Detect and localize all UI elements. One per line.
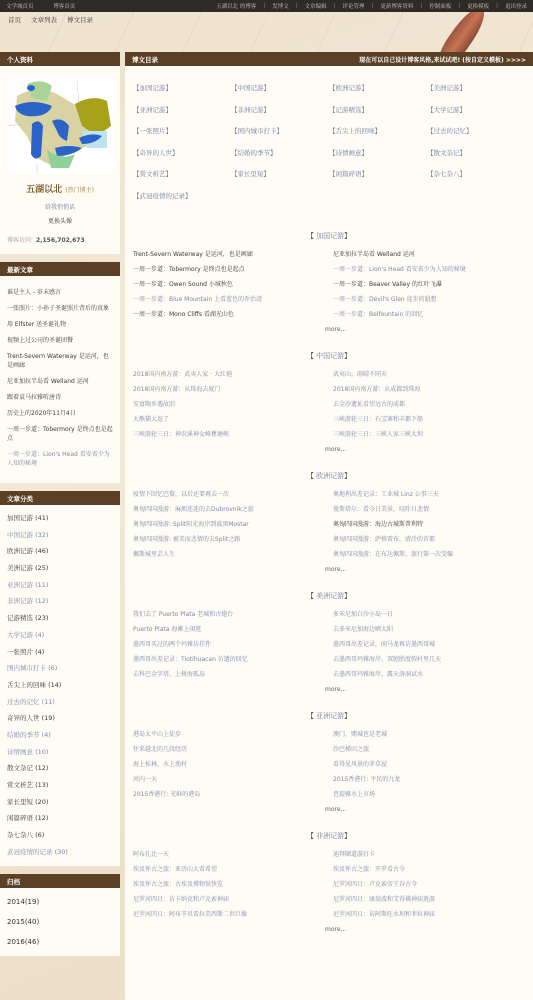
- recent-article-link[interactable]: 一周一步道：Lion's Head 看安省少为人知的秘境: [7, 450, 113, 468]
- article-link[interactable]: Puerto Plata 海滩上闲逛: [133, 622, 325, 637]
- recent-article-link[interactable]: 尼亚加拉半岛看 Welland 运河: [7, 377, 113, 386]
- more-link[interactable]: more...: [133, 322, 525, 337]
- bracket: 【: [307, 472, 316, 480]
- separator: |: [296, 3, 298, 9]
- bracket: 】: [344, 712, 351, 720]
- section-title-link[interactable]: 亚洲记游: [316, 712, 344, 720]
- article-link[interactable]: 港岛太平山上徒步: [133, 727, 325, 742]
- archive-panel: 归档 2014(19)2015(40)2016(46): [0, 874, 120, 956]
- article-link[interactable]: 尼罗河四日：访阿斯旺水坝和菲拉神庙: [333, 907, 525, 922]
- category-anchor-link[interactable]: 【国内城市打卡】: [231, 121, 329, 143]
- article-link[interactable]: 河内一天: [133, 772, 325, 787]
- article-directory-panel: 博文目录 现在可以自己设计博客风格,来试试吧! (按自定义模板) >>>> 【加…: [125, 52, 533, 1000]
- article-link[interactable]: 往来越北的几段经历: [133, 742, 325, 757]
- category-anchor-link[interactable]: 【亚洲记游】: [133, 100, 231, 122]
- category-link[interactable]: 大学记游 (4): [7, 627, 113, 644]
- sidebar: 个人资料: [0, 52, 120, 1000]
- category-link[interactable]: 家长里短 (20): [7, 794, 113, 811]
- section-title: 【 欧洲记游】: [133, 469, 525, 484]
- article-link[interactable]: 2018国内南方游：从成都到珠海: [333, 382, 525, 397]
- category-link-grid: 【加国记游】【中国记游】【欧洲记游】【美洲记游】【亚洲记游】【非洲记游】【记游精…: [125, 66, 533, 217]
- bracket: 【: [307, 232, 316, 240]
- category-anchor-link[interactable]: 【美洲记游】: [427, 78, 525, 100]
- article-link[interactable]: 一周一步道：Devil's Glen 徒步的遐想: [333, 292, 525, 307]
- bracket: 】: [344, 592, 351, 600]
- category-link[interactable]: 闲篇碎语 (12): [7, 810, 113, 827]
- bracket: 【: [307, 352, 316, 360]
- article-link[interactable]: 一周一步道：Blue Mountain 上看蓝色的乔治湾: [133, 292, 325, 307]
- category-link[interactable]: 国内城市打卡 (6): [7, 660, 113, 677]
- category-link[interactable]: 结婚的季节 (4): [7, 727, 113, 744]
- bracket: 【: [307, 712, 316, 720]
- category-section: 【 加国记游】Trent-Severn Waterway 是运河，也是画廊尼亚加…: [125, 229, 533, 337]
- category-link[interactable]: 亚洲记游 (11): [7, 577, 113, 594]
- article-link[interactable]: 奥匈四国漫游: 被美而悲情的去Split之路: [133, 532, 325, 547]
- category-link[interactable]: 赏文析艺 (13): [7, 777, 113, 794]
- section-title-link[interactable]: 欧洲记游: [316, 472, 344, 480]
- article-link[interactable]: 一周一步道：Owen Sound 小城秋色: [133, 277, 325, 292]
- article-link[interactable]: 海上桂林，水上渔村: [133, 757, 325, 772]
- separator: |: [263, 3, 265, 9]
- recent-article-link[interactable]: Trent-Severn Waterway 是运河，也是画廊: [7, 352, 113, 370]
- article-link[interactable]: 三峡游轮三日：石宝寨和丰都下船: [333, 412, 525, 427]
- blogger-name-text: 五湖以北: [26, 185, 62, 195]
- section-title: 【 美洲记游】: [133, 589, 525, 604]
- article-link[interactable]: 奥匈四国漫游：麻烦连连的去Dubrovnik之旅: [133, 502, 325, 517]
- article-link[interactable]: 去金沙遗址看望远古的成都: [333, 397, 525, 412]
- article-link[interactable]: 我们去了 Puerto Plata 老城和古炮台: [133, 607, 325, 622]
- article-link[interactable]: 奥匈四国漫游：萨格雷布，清冷的首都: [333, 532, 525, 547]
- top-navigation-bar: 文学城首页 博客首页 五湖以北 的博客| 发博文| 文章编辑| 评论管理| 更新…: [0, 0, 533, 12]
- profile-panel-header: 个人资料: [0, 52, 120, 66]
- recent-articles-list: 谁是主人 - 岁末感言一张照片：小孙子圣诞照片背后的真象用 Elfster 送圣…: [0, 276, 120, 483]
- blogger-name: 五湖以北 (热门博主): [7, 182, 113, 195]
- article-link[interactable]: 安富陶乡遇故旧: [133, 397, 325, 412]
- top-nav-right: 五湖以北 的博客| 发博文| 文章编辑| 评论管理| 更新博客资料| 控制面板|…: [216, 2, 527, 10]
- recent-article-link[interactable]: 一张照片：小孙子圣诞照片背后的真象: [7, 304, 113, 313]
- profile-panel-title: 个人资料: [7, 55, 33, 64]
- archive-year-link[interactable]: 2014(19): [7, 892, 113, 912]
- update-profile-link[interactable]: 更新博客资料: [380, 2, 413, 10]
- archive-year-link[interactable]: 2016(46): [7, 932, 113, 952]
- my-blog-link[interactable]: 五湖以北 的博客: [216, 2, 256, 10]
- recent-article-link[interactable]: 视频上过公司的圣诞团餐: [7, 336, 113, 345]
- map-graphic: [7, 76, 113, 174]
- recent-article-link[interactable]: 历史上的2020年11月4日: [7, 409, 113, 418]
- article-link[interactable]: 一周一步道：Beaver Valley 的红叶飞瀑: [333, 277, 525, 292]
- more-link[interactable]: more...: [133, 682, 525, 697]
- wenxuecity-home-link[interactable]: 文学城首页: [6, 4, 34, 10]
- category-anchor-link[interactable]: 【加国记游】: [133, 78, 231, 100]
- article-link[interactable]: 多米尼加白沙小岛一日: [333, 607, 525, 622]
- category-link[interactable]: 加国记游 (41): [7, 510, 113, 527]
- control-panel-link[interactable]: 控制面板: [429, 2, 451, 10]
- section-title: 【 中国记游】: [133, 349, 525, 364]
- archive-list: 2014(19)2015(40)2016(46): [0, 888, 120, 956]
- article-link[interactable]: 一周一步道：Belfountain 的回忆: [333, 307, 525, 322]
- category-link[interactable]: 美洲记游 (25): [7, 560, 113, 577]
- separator: |: [334, 3, 336, 9]
- custom-template-promo-link[interactable]: 现在可以自己设计博客风格,来试试吧! (按自定义模板) >>>>: [359, 55, 526, 64]
- category-sections: 【 加国记游】Trent-Severn Waterway 是运河，也是画廊尼亚加…: [125, 229, 533, 937]
- more-link[interactable]: more...: [133, 562, 525, 577]
- separator: |: [420, 3, 422, 9]
- category-anchor-link[interactable]: 【一张照片】: [133, 121, 231, 143]
- section-title-link[interactable]: 非洲记游: [316, 832, 344, 840]
- category-link[interactable]: 杂七杂八 (6): [7, 827, 113, 844]
- article-link[interactable]: 去科巴金字塔，上树海孤岛: [133, 667, 325, 682]
- subnav-article-directory[interactable]: 博文目录: [67, 15, 93, 24]
- category-anchor-link[interactable]: 【结婚的季节】: [231, 143, 329, 165]
- category-anchor-link[interactable]: 【中国记游】: [231, 78, 329, 100]
- category-link[interactable]: 奇异的人世 (19): [7, 710, 113, 727]
- category-link[interactable]: 中国记游 (32): [7, 527, 113, 544]
- recent-articles-header: 最新文章: [0, 262, 120, 276]
- top-nav-left: 文学城首页 博客首页: [6, 2, 93, 10]
- section-title: 【 亚洲记游】: [133, 709, 525, 724]
- category-link[interactable]: 舌尖上的回味 (14): [7, 677, 113, 694]
- article-link[interactable]: 埃及怀古之旅：开罗看古今: [333, 862, 525, 877]
- article-link[interactable]: 芭提雅水上市场: [333, 787, 525, 802]
- logout-link[interactable]: 退出登录: [505, 2, 527, 10]
- archive-header: 归档: [0, 874, 120, 888]
- recent-article-link[interactable]: 用 Elfster 送圣诞礼物: [7, 320, 113, 329]
- article-link[interactable]: 去墨西哥玛雅海岸，双胞胎度假村里几天: [333, 652, 525, 667]
- article-link[interactable]: 武夷山，雨晴不同天: [333, 367, 525, 382]
- section-title-link[interactable]: 中国记游: [316, 352, 344, 360]
- separator: |: [458, 3, 460, 9]
- section-article-columns: 疫情下回忆巴黎，以后还要再去一次奥地利出差记录：工业城 Linz 公事三天奥匈四…: [133, 487, 525, 562]
- page-body: 个人资料: [0, 52, 533, 1000]
- visits-count: 2,156,702,673: [36, 237, 85, 244]
- article-link[interactable]: 沙巴梯田之旅: [333, 742, 525, 757]
- recent-article-link[interactable]: 谁是主人 - 岁末感言: [7, 288, 113, 297]
- bracket: 】: [344, 352, 351, 360]
- article-link[interactable]: 看得见风景的茅草屋: [333, 757, 525, 772]
- section-article-columns: 阿布扎比一天迪拜顺道游打卡埃及怀古之旅：亚历山大看希望埃及怀古之旅：开罗看古今埃…: [133, 847, 525, 922]
- section-article-columns: Trent-Severn Waterway 是运河，也是画廊尼亚加拉半岛看 We…: [133, 247, 525, 322]
- category-anchor-link[interactable]: 【过去的记忆】: [427, 121, 525, 143]
- blog-visits: 博客访问:2,156,702,673: [7, 235, 113, 244]
- article-link[interactable]: 迪拜顺道游打卡: [333, 847, 525, 862]
- article-link[interactable]: 一周一步道：Tobermory 是终点也是起点: [133, 262, 325, 277]
- private-message-link[interactable]: 给我悄悄话: [7, 202, 113, 211]
- article-link[interactable]: 疫情下回忆巴黎，以后还要再去一次: [133, 487, 325, 502]
- category-anchor-link[interactable]: 【欧洲记游】: [329, 78, 427, 100]
- category-section: 【 中国记游】2018国内南方游：武夷人家 · 大红袍武夷山，雨晴不同天2018…: [125, 349, 533, 457]
- change-template-link[interactable]: 更换模板: [467, 2, 489, 10]
- category-anchor-link[interactable]: 【记游精选】: [329, 100, 427, 122]
- article-link[interactable]: 2018国内南方游：武夷人家 · 大红袍: [133, 367, 325, 382]
- profile-panel: 个人资料: [0, 52, 120, 254]
- category-section: 【 欧洲记游】疫情下回忆巴黎，以后还要再去一次奥地利出差记录：工业城 Linz …: [125, 469, 533, 577]
- profile-body: 五湖以北 (热门博主) 给我悄悄话 更换头像 博客访问:2,156,702,67…: [0, 66, 120, 254]
- category-anchor-link[interactable]: 【杂七杂八】: [427, 164, 525, 186]
- edit-articles-link[interactable]: 文章编辑: [305, 2, 327, 10]
- article-link[interactable]: 墨西哥买过的两个玛雅仿挂件: [133, 637, 325, 652]
- article-link[interactable]: 奥匈四国漫游：海边古城斯普利特: [333, 517, 525, 532]
- article-link[interactable]: 去多米尼加海边晒太阳: [333, 622, 525, 637]
- more-link[interactable]: more...: [133, 922, 525, 937]
- article-link[interactable]: 2015香港行: 光鲜的港岛: [133, 787, 325, 802]
- article-link[interactable]: Trent-Severn Waterway 是运河，也是画廊: [133, 247, 325, 262]
- category-anchor-link[interactable]: 【散文杂记】: [427, 143, 525, 165]
- more-link[interactable]: more...: [133, 802, 525, 817]
- avatar-great-lakes-map[interactable]: [7, 76, 113, 174]
- section-title: 【 非洲记游】: [133, 829, 525, 844]
- article-link[interactable]: 三峡游轮三日：神农溪神女峰瞿塘峡: [133, 427, 325, 442]
- article-link[interactable]: 去墨西哥玛雅海岸，露天洛洞试水: [333, 667, 525, 682]
- article-directory-title: 博文目录: [132, 55, 158, 64]
- category-anchor-link[interactable]: 【舌尖上的回味】: [329, 121, 427, 143]
- hot-blogger-badge: (热门博主): [65, 187, 94, 194]
- recent-articles-panel: 最新文章 谁是主人 - 岁末感言一张照片：小孙子圣诞照片背后的真象用 Elfst…: [0, 262, 120, 483]
- article-link[interactable]: 墨西哥出差记录：Tiotihuacan 访遗的回忆: [133, 652, 325, 667]
- section-title-link[interactable]: 美洲记游: [316, 592, 344, 600]
- category-link[interactable]: 过去的记忆 (11): [7, 694, 113, 711]
- bracket: 【: [307, 592, 316, 600]
- archive-year-link[interactable]: 2015(40): [7, 912, 113, 932]
- bracket: 】: [344, 832, 351, 840]
- section-article-columns: 2018国内南方游：武夷人家 · 大红袍武夷山，雨晴不同天2018国内南方游：从…: [133, 367, 525, 442]
- categories-title: 文章分类: [7, 494, 33, 503]
- section-article-columns: 港岛太平山上徒步澳门，赌城也是老城往来越北的几段经历沙巴梯田之旅海上桂林，水上渔…: [133, 727, 525, 802]
- separator: |: [496, 3, 498, 9]
- blog-subnav: 首页 文章列表 博文目录: [8, 15, 93, 24]
- separator: |: [372, 3, 374, 9]
- category-link[interactable]: 非洲记游 (12): [7, 593, 113, 610]
- article-link[interactable]: 尼罗河四日：阿布辛贝看拉美西斯二世巨像: [133, 907, 325, 922]
- category-anchor-link[interactable]: 【武冠疫情的记录】: [133, 186, 231, 208]
- article-link[interactable]: 埃及怀古之旅：古埃及博物馆快览: [133, 877, 325, 892]
- category-link[interactable]: 记游精选 (23): [7, 610, 113, 627]
- category-link[interactable]: 散文杂记 (12): [7, 760, 113, 777]
- category-link[interactable]: 诗情画意 (10): [7, 744, 113, 761]
- article-link[interactable]: 尼罗河四日：卢克索帝王谷古今: [333, 877, 525, 892]
- article-link[interactable]: 尼亚加拉半岛看 Welland 运河: [333, 247, 525, 262]
- subnav-home[interactable]: 首页: [8, 15, 21, 24]
- article-link[interactable]: 一周一步道：Lion's Head 看安省少为人知的秘境: [333, 262, 525, 277]
- categories-header: 文章分类: [0, 491, 120, 505]
- article-link[interactable]: 一周一步道：Mono Cliffs 看湖光山色: [133, 307, 325, 322]
- section-title-link[interactable]: 加国记游: [316, 232, 344, 240]
- recent-article-link[interactable]: 跟着袁马拉雅听唐诗: [7, 393, 113, 402]
- section-title: 【 加国记游】: [133, 229, 525, 244]
- article-link[interactable]: 大熊猫太逗了: [133, 412, 325, 427]
- section-article-columns: 我们去了 Puerto Plata 老城和古炮台多米尼加白沙小岛一日Puerto…: [133, 607, 525, 682]
- archive-title: 归档: [7, 877, 20, 886]
- category-anchor-link[interactable]: 【奇异的人世】: [133, 143, 231, 165]
- categories-panel: 文章分类 加国记游 (41)中国记游 (32)欧洲记游 (46)美洲记游 (25…: [0, 491, 120, 866]
- article-link[interactable]: 曼斯塔尔：看今日美景，叹昨日悲情: [333, 502, 525, 517]
- article-link[interactable]: 2018国内南方游：从珠海去厦门: [133, 382, 325, 397]
- category-link[interactable]: 欧洲记游 (46): [7, 543, 113, 560]
- category-anchor-link[interactable]: 【赏文析艺】: [133, 164, 231, 186]
- category-anchor-link[interactable]: 【诗情画意】: [329, 143, 427, 165]
- category-anchor-link[interactable]: 【闲篇碎语】: [329, 164, 427, 186]
- article-link[interactable]: 奥地利出差记录：工业城 Linz 公事三天: [333, 487, 525, 502]
- article-link[interactable]: 尼罗河四日：访卡纳克和卢克索神庙: [133, 892, 325, 907]
- category-link[interactable]: 一张照片 (4): [7, 644, 113, 661]
- categories-list: 加国记游 (41)中国记游 (32)欧洲记游 (46)美洲记游 (25)亚洲记游…: [0, 505, 120, 866]
- category-link[interactable]: 武冠疫情的记录 (30): [7, 844, 113, 861]
- article-link[interactable]: 墨西哥出差记录，闲马龙再访墨西哥城: [333, 637, 525, 652]
- article-link[interactable]: 奥匈四国漫游: Split阳光海岸到波黑Mostar: [133, 517, 325, 532]
- article-directory-header: 博文目录 现在可以自己设计博客风格,来试试吧! (按自定义模板) >>>>: [125, 52, 533, 66]
- article-link[interactable]: 三峡游轮三日：三峡人家三峡大坝: [333, 427, 525, 442]
- change-avatar-link[interactable]: 更换头像: [7, 216, 113, 225]
- category-anchor-link[interactable]: 【非洲记游】: [231, 100, 329, 122]
- manage-comments-link[interactable]: 评论管理: [342, 2, 364, 10]
- bracket: 】: [344, 232, 351, 240]
- category-section: 【 美洲记游】我们去了 Puerto Plata 老城和古炮台多米尼加白沙小岛一…: [125, 589, 533, 697]
- visits-label: 博客访问:: [7, 237, 33, 244]
- article-link[interactable]: 尼罗河四日：康翁波和艾得佛神庙逍游: [333, 892, 525, 907]
- subnav-article-list[interactable]: 文章列表: [31, 15, 57, 24]
- more-link[interactable]: more...: [133, 442, 525, 457]
- recent-article-link[interactable]: 一周一步道：Tobermory 是终点也是起点: [7, 425, 113, 443]
- article-link[interactable]: 埃及怀古之旅：亚历山大看希望: [133, 862, 325, 877]
- category-section: 【 亚洲记游】港岛太平山上徒步澳门，赌城也是老城往来越北的几段经历沙巴梯田之旅海…: [125, 709, 533, 817]
- article-link[interactable]: 2015香港行: 平民的九龙: [333, 772, 525, 787]
- main-content: 博文目录 现在可以自己设计博客风格,来试试吧! (按自定义模板) >>>> 【加…: [125, 52, 533, 1000]
- article-link[interactable]: 佩斯城里芸人生: [133, 547, 325, 562]
- bracket: 【: [307, 832, 316, 840]
- recent-articles-title: 最新文章: [7, 265, 33, 274]
- category-anchor-link[interactable]: 【大学记游】: [427, 100, 525, 122]
- blog-home-link[interactable]: 博客首页: [53, 4, 75, 10]
- category-section: 【 非洲记游】阿布扎比一天迪拜顺道游打卡埃及怀古之旅：亚历山大看希望埃及怀古之旅…: [125, 829, 533, 937]
- article-link[interactable]: 阿布扎比一天: [133, 847, 325, 862]
- bracket: 】: [344, 472, 351, 480]
- article-link[interactable]: 奥匈四国漫游：在布达佩斯，旅行第一次受骗: [333, 547, 525, 562]
- category-anchor-link[interactable]: 【家长里短】: [231, 164, 329, 186]
- post-article-link[interactable]: 发博文: [272, 2, 289, 10]
- article-link[interactable]: 澳门，赌城也是老城: [333, 727, 525, 742]
